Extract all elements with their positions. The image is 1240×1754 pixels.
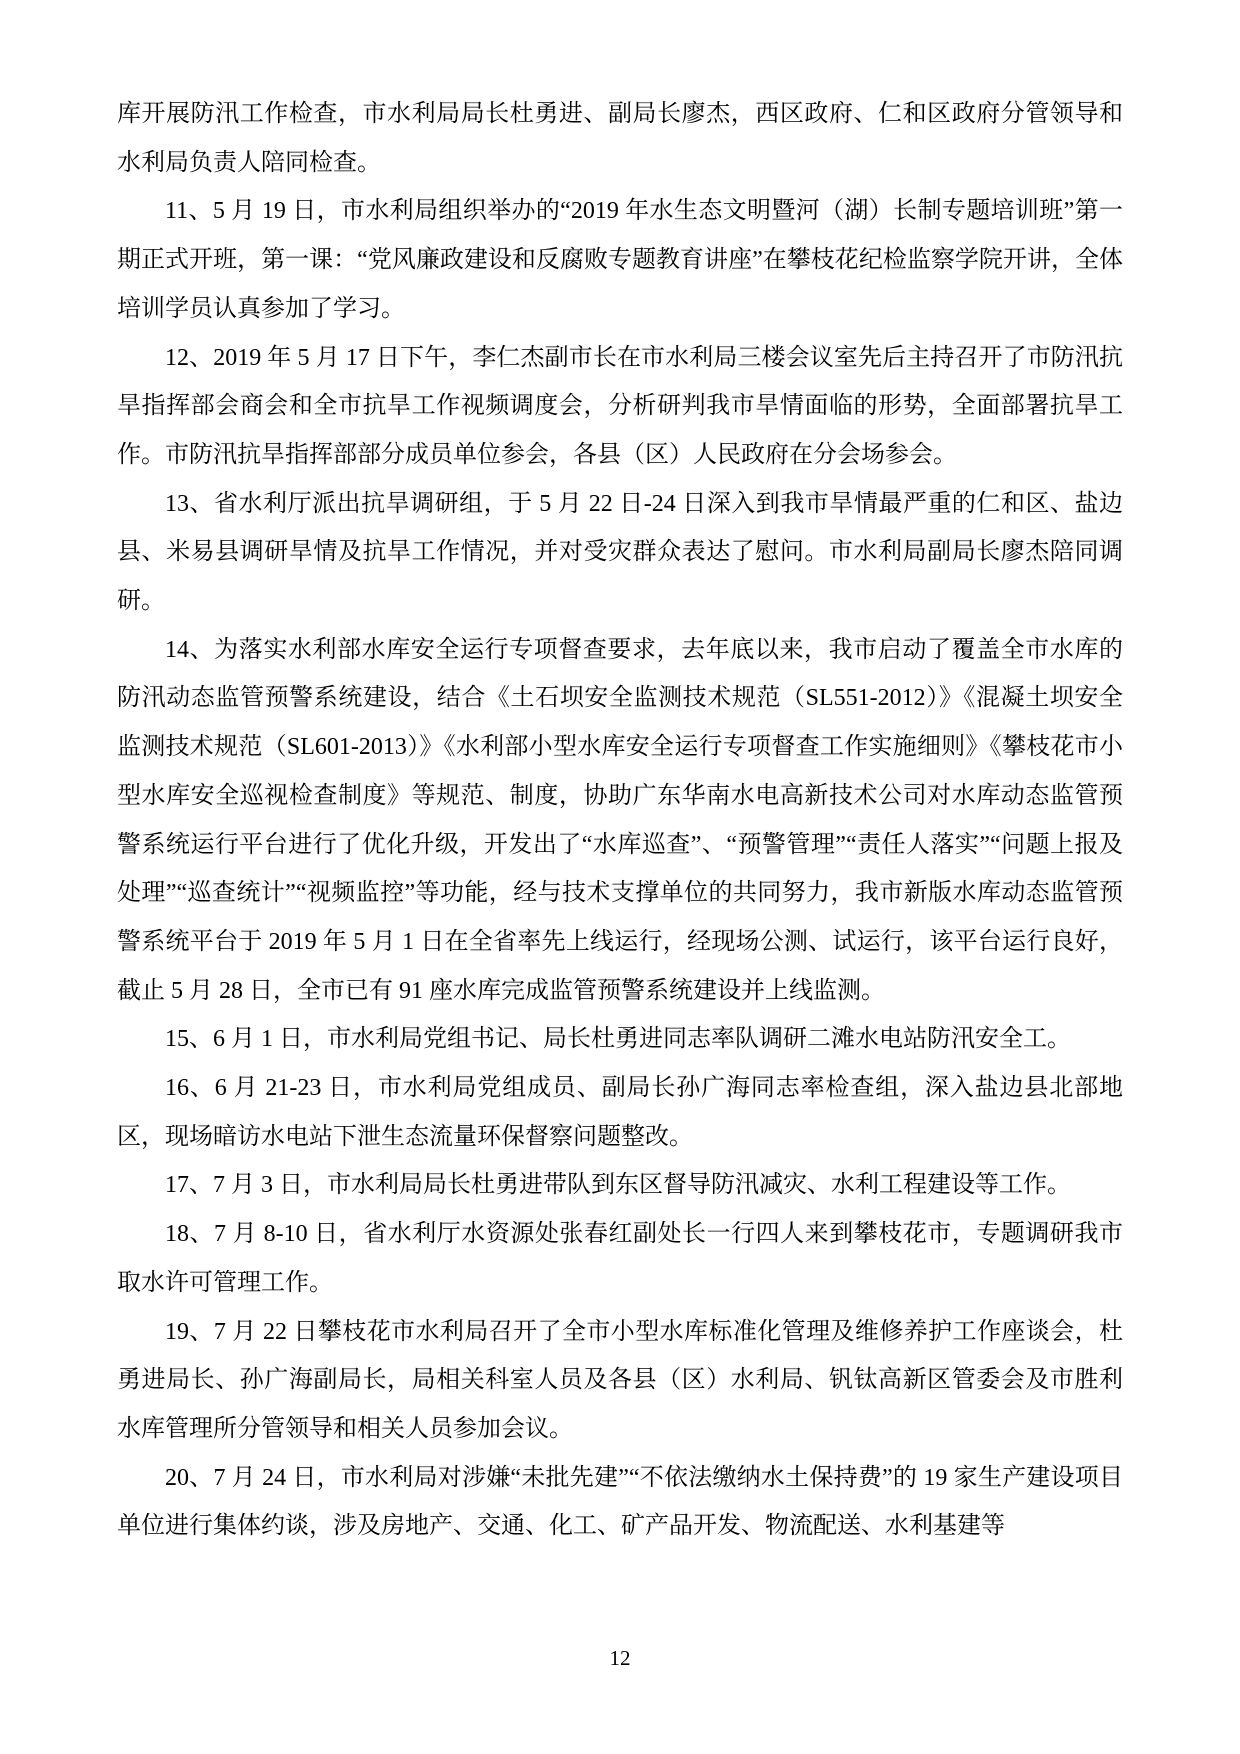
paragraph-item-13: 13、省水利厅派出抗旱调研组，于 5 月 22 日-24 日深入到我市旱情最严重… <box>117 480 1123 626</box>
paragraph-item-11: 11、5 月 19 日，市水利局组织举办的“2019 年水生态文明暨河（湖）长制… <box>117 187 1123 333</box>
document-body: 库开展防汛工作检查，市水利局局长杜勇进、副局长廖杰，西区政府、仁和区政府分管领导… <box>117 90 1123 1551</box>
paragraph-item-18: 18、7 月 8-10 日，省水利厅水资源处张春红副处长一行四人来到攀枝花市，专… <box>117 1210 1123 1307</box>
paragraph-item-15: 15、6 月 1 日，市水利局党组书记、局长杜勇进同志率队调研二滩水电站防汛安全… <box>117 1015 1123 1064</box>
paragraph-item-19: 19、7 月 22 日攀枝花市水利局召开了全市小型水库标准化管理及维修养护工作座… <box>117 1308 1123 1454</box>
page-number: 12 <box>0 1645 1240 1671</box>
paragraph-item-12: 12、2019 年 5 月 17 日下午，李仁杰副市长在市水利局三楼会议室先后主… <box>117 334 1123 480</box>
paragraph-continuation: 库开展防汛工作检查，市水利局局长杜勇进、副局长廖杰，西区政府、仁和区政府分管领导… <box>117 90 1123 187</box>
paragraph-item-14: 14、为落实水利部水库安全运行专项督查要求，去年底以来，我市启动了覆盖全市水库的… <box>117 626 1123 1016</box>
paragraph-item-16: 16、6 月 21-23 日，市水利局党组成员、副局长孙广海同志率检查组，深入盐… <box>117 1064 1123 1161</box>
paragraph-item-17: 17、7 月 3 日，市水利局局长杜勇进带队到东区督导防汛减灾、水利工程建设等工… <box>117 1161 1123 1210</box>
paragraph-item-20: 20、7 月 24 日，市水利局对涉嫌“未批先建”“不依法缴纳水土保持费”的 1… <box>117 1454 1123 1551</box>
document-page: 库开展防汛工作检查，市水利局局长杜勇进、副局长廖杰，西区政府、仁和区政府分管领导… <box>0 0 1240 1754</box>
